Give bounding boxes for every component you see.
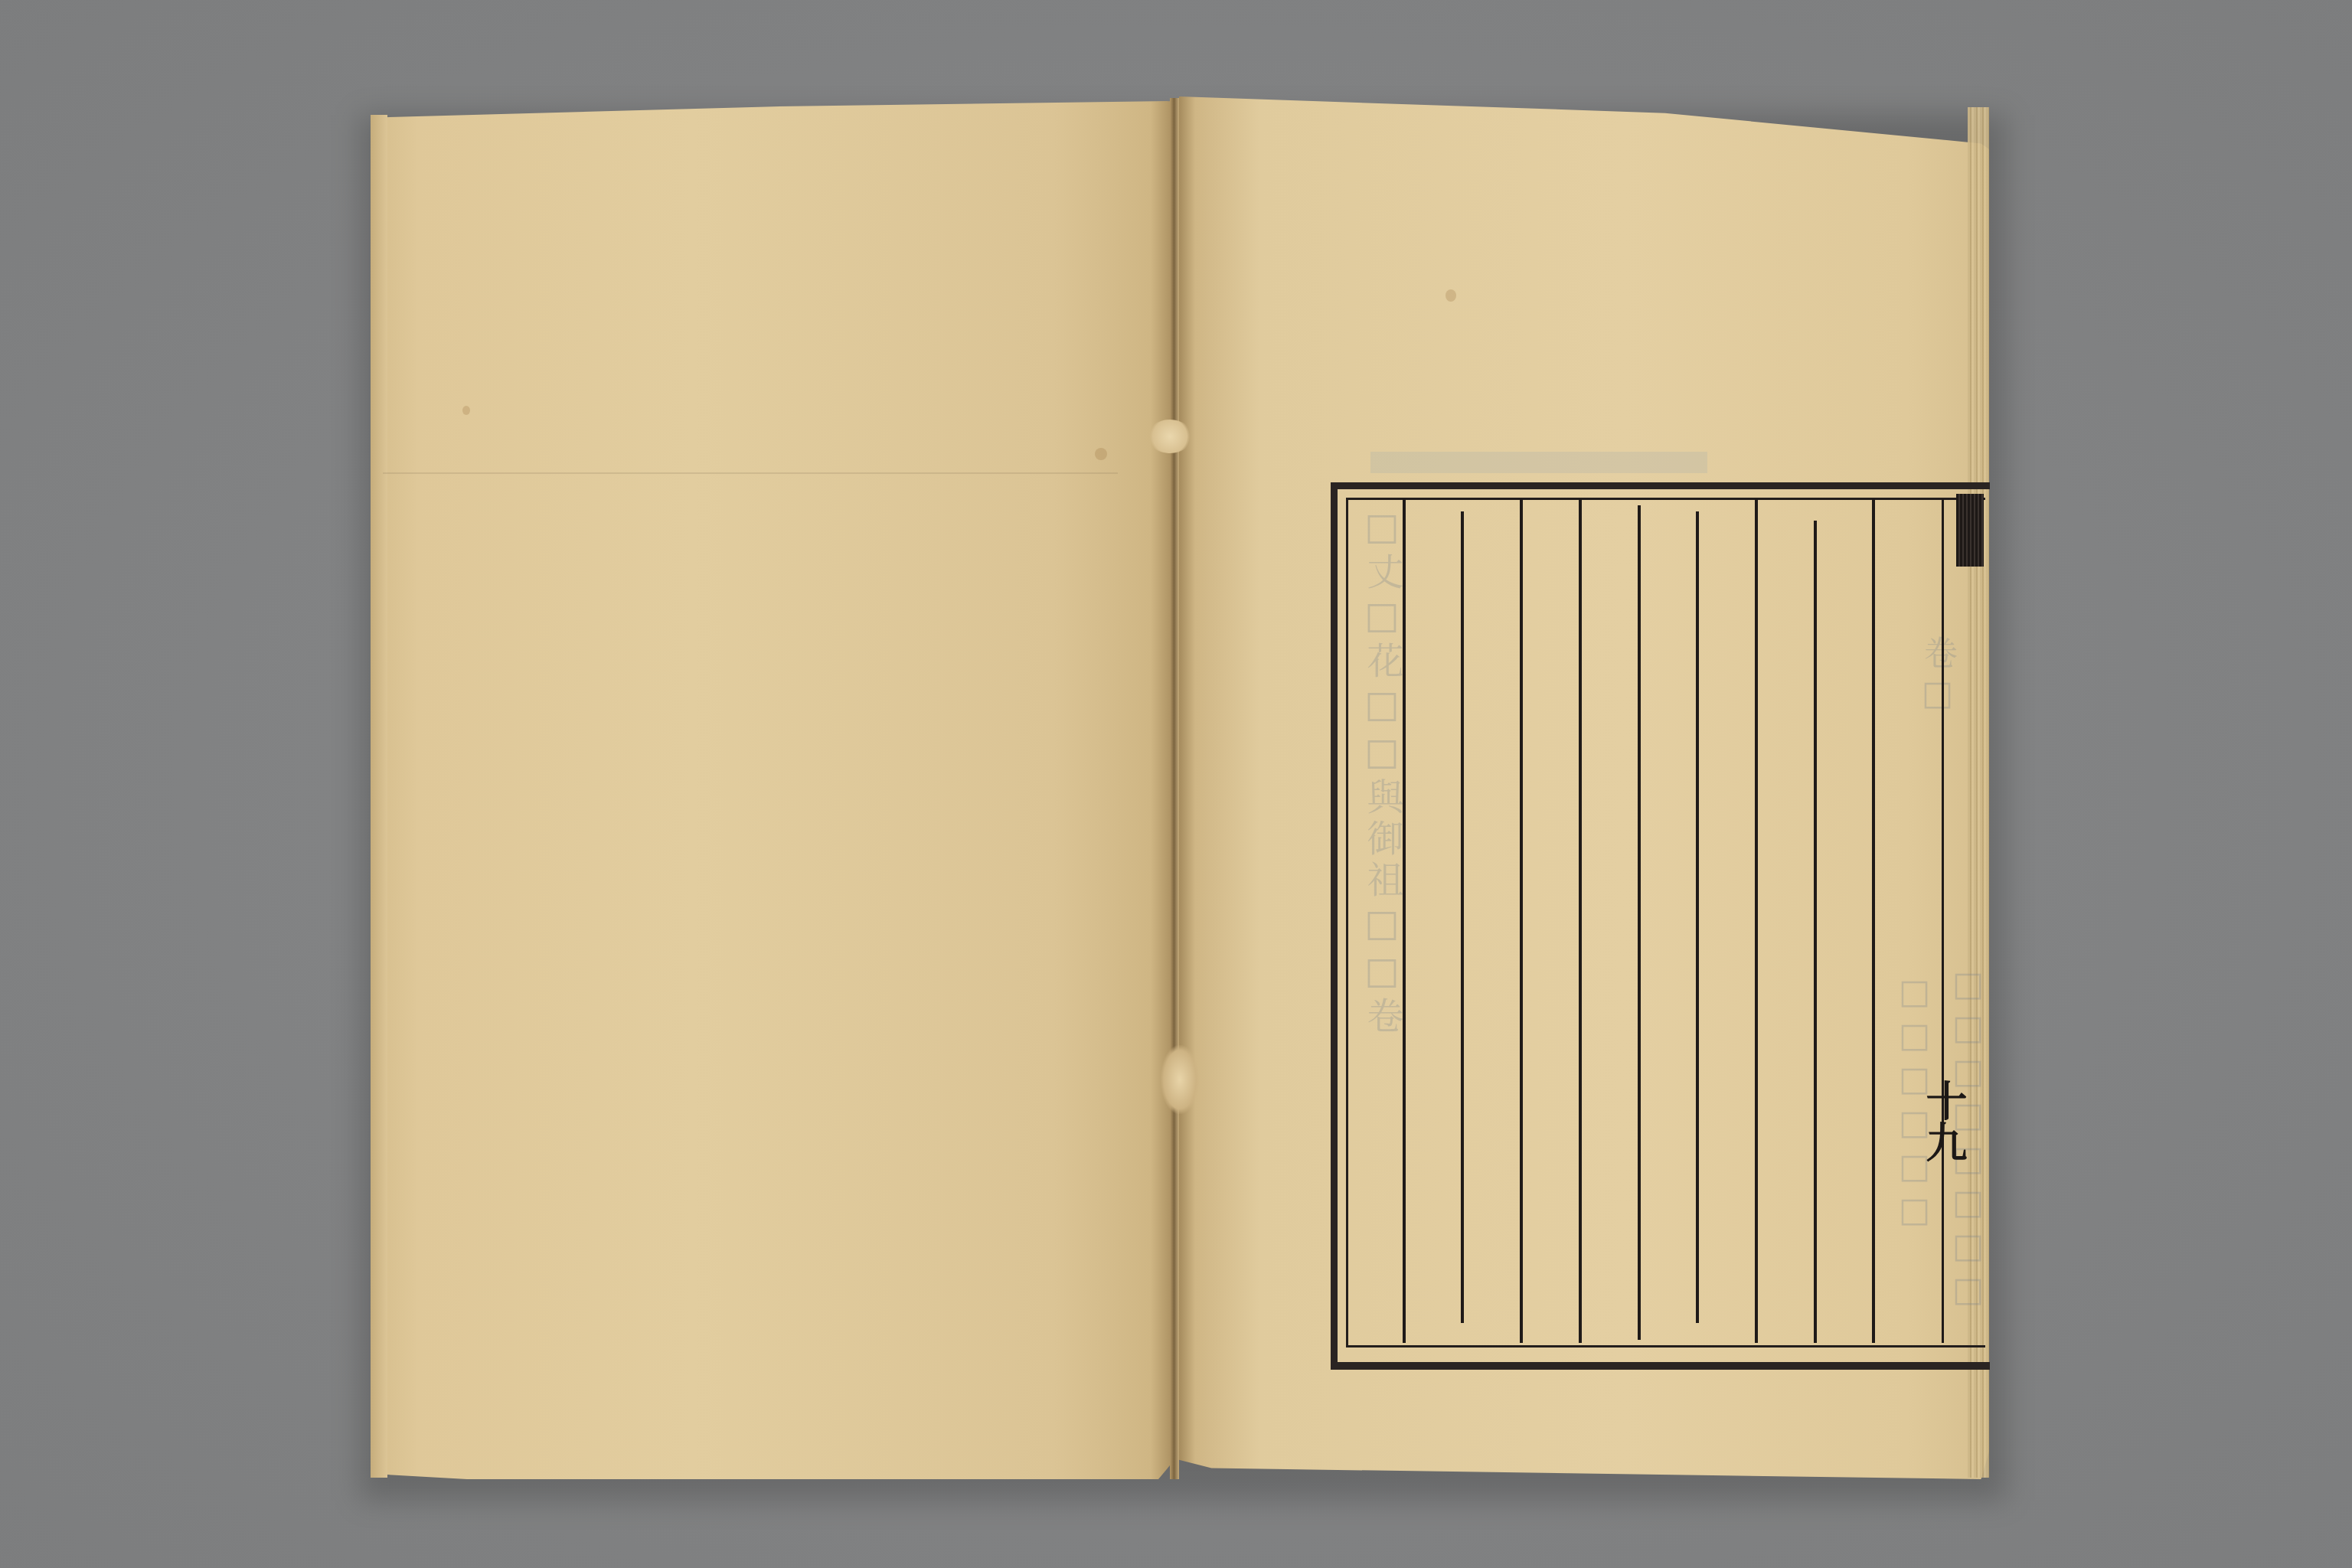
column-rule	[1403, 499, 1406, 1343]
column-rule	[1814, 521, 1817, 1343]
left-page-faint-line	[383, 472, 1118, 474]
paper-stain	[462, 406, 470, 415]
binding-tear	[1161, 1045, 1199, 1114]
book-gutter	[1170, 98, 1179, 1479]
column-rule	[1755, 499, 1758, 1343]
paper-stain	[1445, 289, 1456, 302]
column-rule	[1696, 511, 1699, 1323]
column-rule	[1872, 499, 1875, 1343]
bleed-through-band	[1370, 452, 1707, 473]
left-page	[371, 101, 1174, 1479]
printed-frame-inner	[1346, 498, 1985, 1347]
column-rule	[1579, 499, 1582, 1343]
column-rule	[1638, 505, 1641, 1340]
column-rule	[1942, 499, 1944, 1343]
left-page-edge	[371, 115, 387, 1478]
binding-crease	[1147, 420, 1193, 453]
paper-stain	[1095, 448, 1107, 460]
column-rule	[1461, 511, 1464, 1323]
folio-number: 十九	[1923, 1080, 1965, 1162]
black-fishtail-block	[1956, 494, 1984, 567]
column-rule	[1520, 499, 1523, 1343]
